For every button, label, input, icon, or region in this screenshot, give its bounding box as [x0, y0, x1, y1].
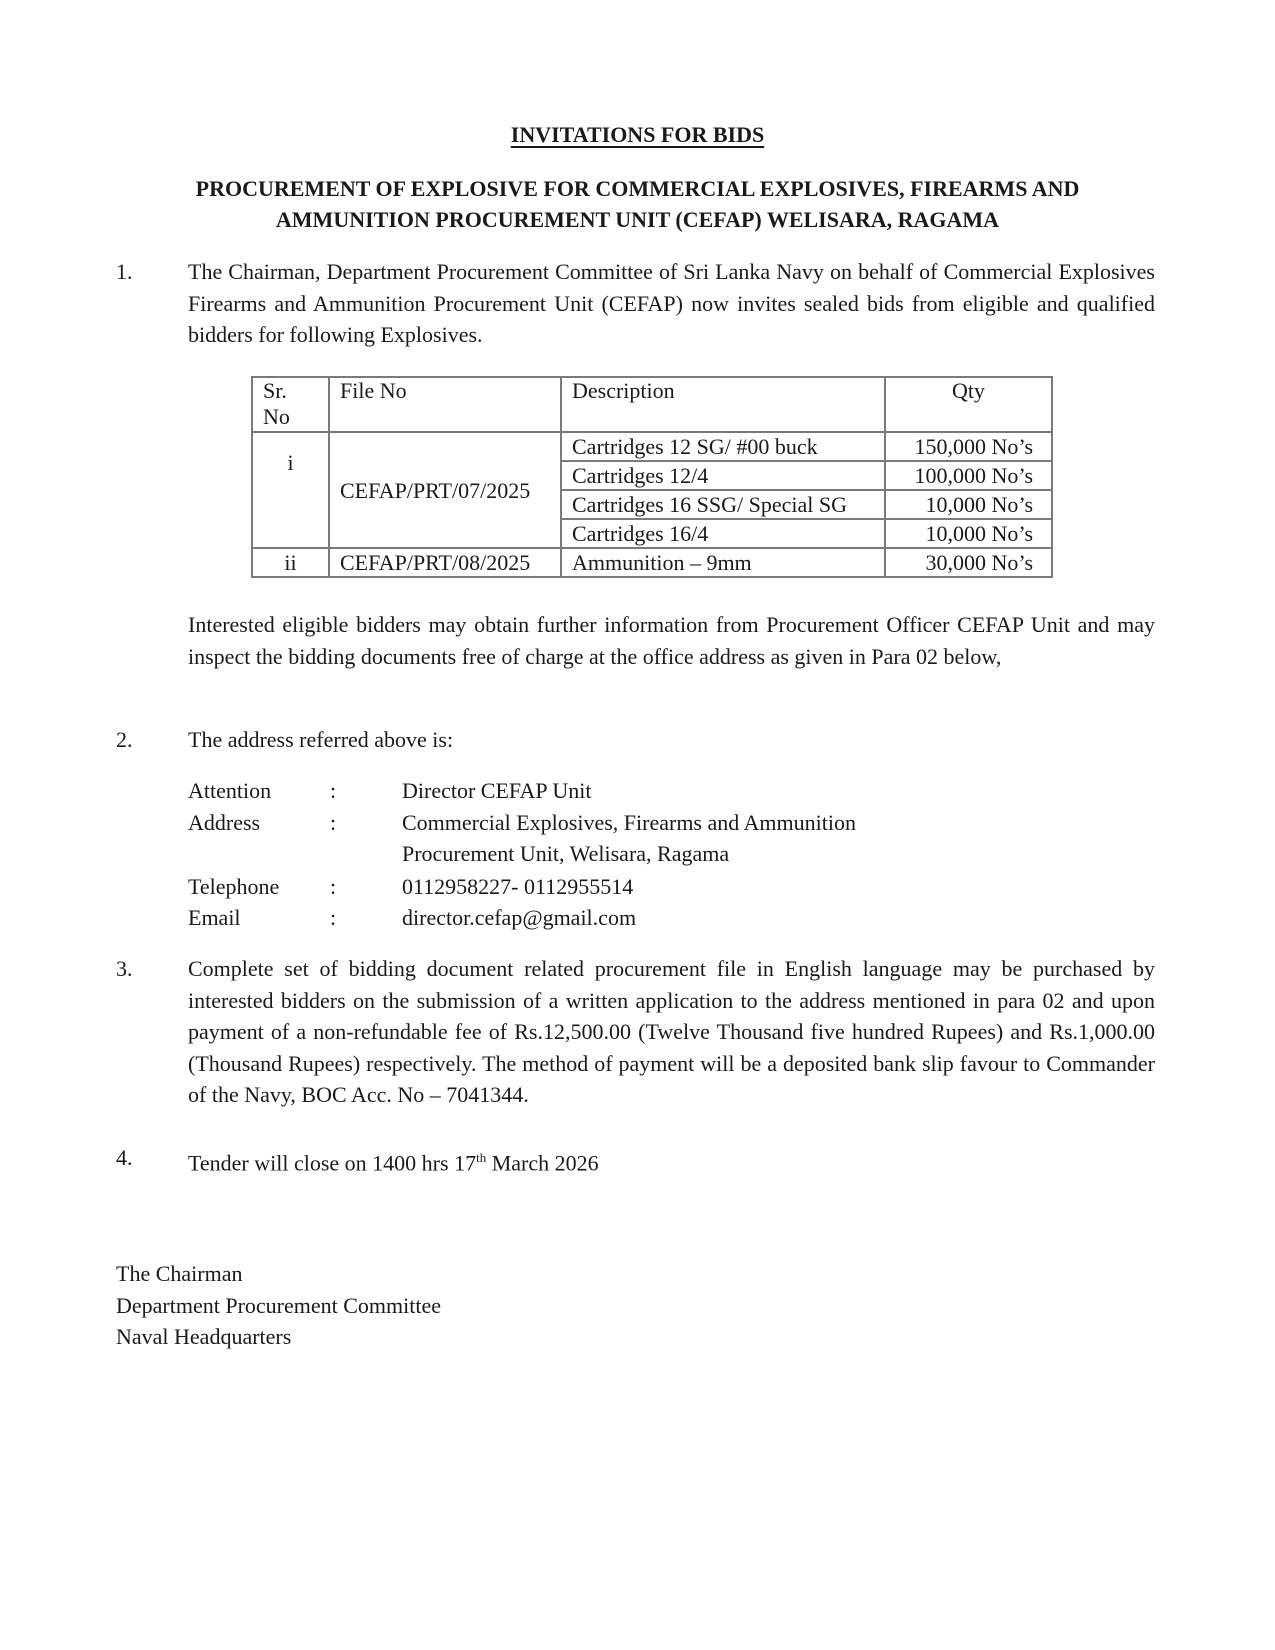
spacer — [330, 838, 402, 870]
address-line-1: Commercial Explosives, Firearms and Ammu… — [402, 807, 856, 839]
row-qty: 100,000 No’s — [885, 461, 1052, 490]
telephone-value: 0112958227- 0112955514 — [402, 871, 633, 903]
section-2-text: The address referred above is: — [188, 724, 1155, 756]
address-block: Attention : Director CEFAP Unit Address … — [188, 775, 856, 934]
subtitle-line-2: AMMUNITION PROCUREMENT UNIT (CEFAP) WELI… — [150, 204, 1125, 235]
section-3-text: Complete set of bidding document related… — [188, 953, 1155, 1111]
row-qty: 30,000 No’s — [885, 548, 1052, 577]
section-3-number: 3. — [116, 953, 133, 985]
row-sr: ii — [252, 548, 329, 577]
subtitle-line-1: PROCUREMENT OF EXPLOSIVE FOR COMMERCIAL … — [150, 173, 1125, 204]
header-qty: Qty — [885, 377, 1052, 432]
address-row-telephone: Telephone : 0112958227- 0112955514 — [188, 871, 856, 903]
separator: : — [330, 775, 402, 807]
closing-text-after: March 2026 — [486, 1150, 598, 1175]
bids-table: Sr. No File No Description Qty i CEFAP/P… — [251, 376, 1053, 578]
row-description: Cartridges 12/4 — [561, 461, 885, 490]
telephone-label: Telephone — [188, 871, 330, 903]
section-2-number: 2. — [116, 724, 133, 756]
attention-value: Director CEFAP Unit — [402, 775, 591, 807]
address-row-address: Address : Commercial Explosives, Firearm… — [188, 807, 856, 839]
document-title: INVITATIONS FOR BIDS — [0, 122, 1275, 148]
row-description: Cartridges 16 SSG/ Special SG — [561, 490, 885, 519]
header-sr-line2: No — [263, 404, 318, 430]
email-value: director.cefap@gmail.com — [402, 902, 636, 934]
header-sr-no: Sr. No — [252, 377, 329, 432]
closing-superscript: th — [476, 1150, 486, 1165]
row-description: Cartridges 16/4 — [561, 519, 885, 548]
separator: : — [330, 807, 402, 839]
address-line-2: Procurement Unit, Welisara, Ragama — [402, 838, 729, 870]
address-row-attention: Attention : Director CEFAP Unit — [188, 775, 856, 807]
header-description: Description — [561, 377, 885, 432]
separator: : — [330, 902, 402, 934]
signature-line-3: Naval Headquarters — [116, 1321, 441, 1353]
signature-block: The Chairman Department Procurement Comm… — [116, 1258, 441, 1353]
row-qty: 10,000 No’s — [885, 519, 1052, 548]
spacer — [188, 838, 330, 870]
closing-text-before: Tender will close on 1400 hrs 17 — [188, 1150, 476, 1175]
header-sr-line1: Sr. — [263, 378, 318, 404]
section-4-text: Tender will close on 1400 hrs 17th March… — [188, 1142, 1155, 1179]
row-qty: 150,000 No’s — [885, 432, 1052, 461]
section-1-text: The Chairman, Department Procurement Com… — [188, 256, 1155, 351]
row-description: Cartridges 12 SG/ #00 buck — [561, 432, 885, 461]
header-file-no: File No — [329, 377, 561, 432]
section-4-number: 4. — [116, 1142, 133, 1174]
row-description: Ammunition – 9mm — [561, 548, 885, 577]
row-sr: i — [252, 432, 329, 548]
row-qty: 10,000 No’s — [885, 490, 1052, 519]
info-paragraph: Interested eligible bidders may obtain f… — [188, 609, 1155, 672]
table-row: i CEFAP/PRT/07/2025 Cartridges 12 SG/ #0… — [252, 432, 1052, 461]
separator: : — [330, 871, 402, 903]
table-header-row: Sr. No File No Description Qty — [252, 377, 1052, 432]
email-label: Email — [188, 902, 330, 934]
address-row-email: Email : director.cefap@gmail.com — [188, 902, 856, 934]
row-file-no: CEFAP/PRT/07/2025 — [329, 432, 561, 548]
address-row-address-2: Procurement Unit, Welisara, Ragama — [188, 838, 856, 870]
signature-line-1: The Chairman — [116, 1258, 441, 1290]
attention-label: Attention — [188, 775, 330, 807]
address-label: Address — [188, 807, 330, 839]
row-file-no: CEFAP/PRT/08/2025 — [329, 548, 561, 577]
document-subtitle: PROCUREMENT OF EXPLOSIVE FOR COMMERCIAL … — [150, 173, 1125, 235]
table-row: ii CEFAP/PRT/08/2025 Ammunition – 9mm 30… — [252, 548, 1052, 577]
section-1-number: 1. — [116, 256, 133, 288]
signature-line-2: Department Procurement Committee — [116, 1290, 441, 1322]
